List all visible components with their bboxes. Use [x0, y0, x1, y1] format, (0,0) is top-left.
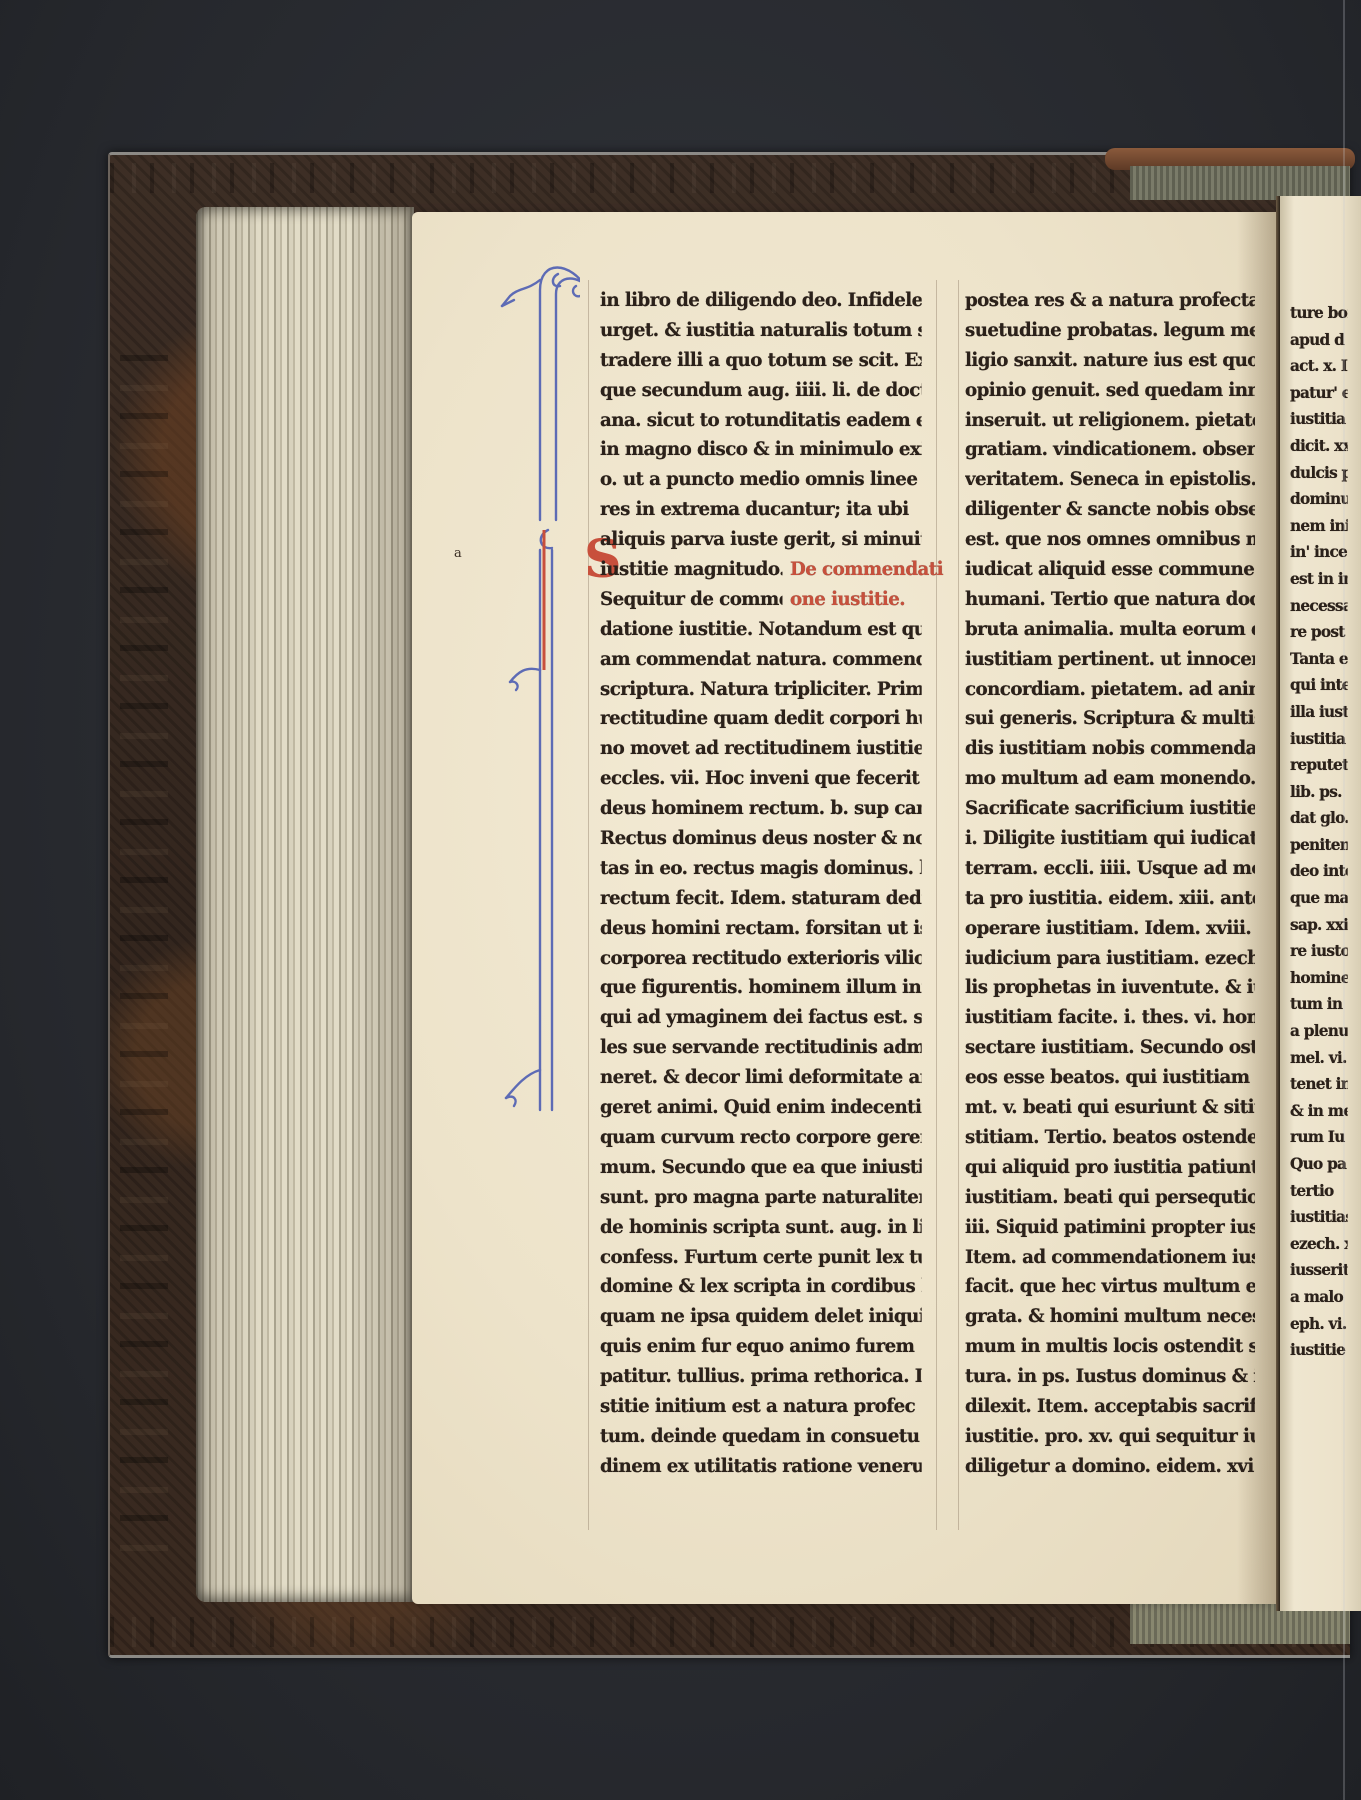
text-line: dat glo. [1290, 805, 1348, 832]
margin-mark: a [454, 546, 462, 561]
text-line: veritatem. Seneca in epistolis. Hec soci… [965, 465, 1255, 495]
text-line: quam curvum recto corpore gerere ani [600, 1123, 922, 1153]
text-line: sunt. pro magna parte naturaliter in cor [600, 1183, 922, 1213]
text-line: re iustos [1290, 938, 1348, 965]
text-line: iustitiam pertinent. ut innocentiam. [965, 645, 1255, 675]
text-line: bruta animalia. multa eorum que ad [965, 615, 1255, 645]
text-line: humani. Tertio que natura docet [965, 585, 1255, 615]
text-line: dis iustitiam nobis commendat. Pri [965, 734, 1255, 764]
text-line: stitie initium est a natura profec [600, 1392, 922, 1422]
text-line: ture bone [1290, 300, 1348, 327]
text-line: Rectus dominus deus noster & non est ini… [600, 824, 922, 854]
text-line: rum Iu [1290, 1124, 1348, 1151]
glass-plate-edge [1343, 0, 1345, 1800]
text-line: tenet in [1290, 1071, 1348, 1098]
text-line: rectitudine quam dedit corpori huma [600, 704, 922, 734]
text-line: lib. ps. [1290, 779, 1348, 806]
text-line: tum. deinde quedam in consuetu [600, 1422, 922, 1452]
text-line: iii. Siquid patimini propter iustitiam. … [965, 1213, 1255, 1243]
text-line: iustitie. pro. xv. qui sequitur iustitia… [965, 1422, 1255, 1452]
text-line: dilexit. Item. acceptabis sacrificium [965, 1392, 1255, 1422]
text-line: tertio [1290, 1178, 1348, 1205]
text-line: patur' e [1290, 380, 1348, 407]
text-line: Tanta e [1290, 646, 1348, 673]
text-line: dicit. xx [1290, 433, 1348, 460]
text-line: qui aliquid pro iustitia patiuntur pro [965, 1153, 1255, 1183]
text-line: gratiam. vindicationem. observantiam. [965, 435, 1255, 465]
text-line: illa iusti [1290, 699, 1348, 726]
text-line: mel. vi. [1290, 1045, 1348, 1072]
ruling-line [958, 280, 959, 1530]
text-line: mt. v. beati qui esuriunt & sitiunt iu [965, 1093, 1255, 1123]
text-line: sui generis. Scriptura & multis mo [965, 704, 1255, 734]
text-line: quam ne ipsa quidem delet iniquitas. [600, 1302, 922, 1332]
text-line: mum. Secundo que ea que iniustitie [600, 1153, 922, 1183]
text-line: ta pro iustitia. eidem. xiii. ante obitu… [965, 884, 1255, 914]
text-line: ana. sicut to rotunditatis eadem e [600, 406, 922, 436]
text-line: quis enim fur equo animo furem [600, 1332, 922, 1362]
rubric-line: one iustitie. [790, 585, 944, 615]
text-line: deus hominem rectum. b. sup cant. [600, 794, 922, 824]
text-line: neret. & decor limi deformitate ar [600, 1063, 922, 1093]
text-line: iustitiam. beati qui persequtionem pa. &… [965, 1183, 1255, 1213]
rubric: De commendati one iustitie. [790, 555, 950, 615]
text-line: iustitie magnitudo. [600, 555, 782, 585]
text-line: iustitie [1290, 1337, 1348, 1364]
text-line: urget. & iustitia naturalis totum se [600, 316, 922, 346]
text-line: scriptura. Natura tripliciter. Primo que [600, 675, 922, 705]
text-line: de hominis scripta sunt. aug. in li. [600, 1213, 922, 1243]
text-line: iustitia [1290, 726, 1348, 753]
text-line: diligenter & sancte nobis observanda [965, 495, 1255, 525]
text-line: stitiam. Tertio. beatos ostendendo [965, 1123, 1255, 1153]
text-line: no movet ad rectitudinem iustitie. [600, 734, 922, 764]
text-column-left: in libro de diligendo deo. Infidelem tou… [600, 286, 935, 1482]
penwork-flourish-icon [500, 250, 580, 1130]
text-line: Sacrificate sacrificium iustitie. Sap. [965, 794, 1255, 824]
text-line: mo multum ad eam monendo. in ps. [965, 764, 1255, 794]
text-column-right: postea res & a natura profectas. & a con… [965, 286, 1267, 1482]
text-line: dinem ex utilitatis ratione venerunt. [600, 1452, 922, 1482]
text-line: est in ini [1290, 566, 1348, 593]
text-line: tas in eo. rectus magis dominus. hominem [600, 854, 922, 884]
text-line: mum in multis locis ostendit scrip [965, 1332, 1255, 1362]
text-line: eccles. vii. Hoc inveni que fecerit [600, 764, 922, 794]
text-line: aliquis parva iuste gerit, si minuit [600, 525, 922, 555]
text-line: operare iustitiam. Idem. xviii. Ante [965, 914, 1255, 944]
text-line: ezech. x. [1290, 1231, 1348, 1258]
text-line: am commendat natura. commendat eci [600, 645, 922, 675]
page-stack-fore-edge [196, 207, 414, 1602]
text-line: est. que nos omnes omnibus miscet & [965, 525, 1255, 555]
text-line: necessaria est [1290, 593, 1348, 620]
text-line: domine & lex scripta in cordibus hominum… [600, 1272, 922, 1302]
blind-tooled-border-side [120, 355, 168, 1555]
text-line: facit. que hec virtus multum est deo [965, 1272, 1255, 1302]
text-line: eos esse beatos. qui iustitiam esuriunt. [965, 1063, 1255, 1093]
text-line: iustitiam facite. i. thes. vi. homo dei [965, 1003, 1255, 1033]
text-column-facing: ture boneapud dact. x. Ipatur' eiustitia… [1290, 300, 1350, 1364]
text-line: que mag [1290, 885, 1348, 912]
text-line: res in extrema ducantur; ita ubi [600, 495, 922, 525]
text-line: in magno disco & in minimulo exigu [600, 435, 922, 465]
text-line: iudicat aliquid esse commune ius generis [965, 555, 1255, 585]
text-line: apud d [1290, 327, 1348, 354]
text-line: que figurentis. hominem illum interiore [600, 973, 922, 1003]
text-line: sap. xxii [1290, 912, 1348, 939]
text-line: iustitia [1290, 406, 1348, 433]
text-line: tradere illi a quo totum se scit. Ex ho [600, 346, 922, 376]
text-line: eph. vi. [1290, 1311, 1348, 1338]
ruling-line [936, 280, 937, 1530]
text-line: re post [1290, 619, 1348, 646]
text-line: opinio genuit. sed quedam innata vis [965, 376, 1255, 406]
text-line: suetudine probatas. legum metus & re [965, 316, 1255, 346]
text-line: sectare iustitiam. Secundo ostendendo [965, 1033, 1255, 1063]
text-line: patitur. tullius. prima rethorica. Iu [600, 1362, 922, 1392]
text-line: geret animi. Quid enim indecentius [600, 1093, 922, 1123]
text-line: iudicium para iustitiam. ezechie [965, 944, 1255, 974]
text-line: tum in [1290, 991, 1348, 1018]
text-line: postea res & a natura profectas. & a con [965, 286, 1255, 316]
text-line: Sequitur de commen [600, 585, 782, 615]
text-line: in libro de diligendo deo. Infidelem to [600, 286, 922, 316]
text-line: iusserit [1290, 1257, 1348, 1284]
ruling-line [588, 280, 589, 1530]
text-line: inseruit. ut religionem. pietatem. [965, 406, 1255, 436]
text-line: diligetur a domino. eidem. xvi. Initium [965, 1452, 1255, 1482]
text-line: tura. in ps. Iustus dominus & iustitias [965, 1362, 1255, 1392]
text-line: reputet [1290, 752, 1348, 779]
text-line: qui ad ymaginem dei factus est. spiritua [600, 1003, 922, 1033]
text-line: o. ut a puncto medio omnis linee pa [600, 465, 922, 495]
text-line: qui intell [1290, 672, 1348, 699]
text-line: confess. Furtum certe punit lex tua [600, 1243, 922, 1273]
text-line: penitent [1290, 832, 1348, 859]
text-line: grata. & homini multum necessaria pro [965, 1302, 1255, 1332]
text-line: nem ini [1290, 513, 1348, 540]
text-line: deus homini rectam. forsitan ut ista [600, 914, 922, 944]
text-line: & in me [1290, 1098, 1348, 1125]
text-line: rectum fecit. Idem. staturam dedit [600, 884, 922, 914]
text-line: concordiam. pietatem. ad animalia [965, 675, 1255, 705]
text-line: iustitias [1290, 1204, 1348, 1231]
text-line: datione iustitie. Notandum est que iusti… [600, 615, 922, 645]
text-line: lis prophetas in iuventute. & iudicium e… [965, 973, 1255, 1003]
text-line: que secundum aug. iiii. li. de doctrina … [600, 376, 922, 406]
text-line: terram. eccli. iiii. Usque ad mortem cer [965, 854, 1255, 884]
text-line: in' ince [1290, 539, 1348, 566]
text-line: corporea rectitudo exterioris vilioris [600, 944, 922, 974]
text-line: Item. ad commendationem iustitie [965, 1243, 1255, 1273]
text-line: act. x. I [1290, 353, 1348, 380]
text-line: Quo pa [1290, 1151, 1348, 1178]
spine-lining-cloth [1130, 166, 1350, 200]
text-line: hominem [1290, 965, 1348, 992]
text-line: les sue servande rectitudinis admo [600, 1033, 922, 1063]
text-line: a malo [1290, 1284, 1348, 1311]
text-line: a plenum [1290, 1018, 1348, 1045]
text-line: ligio sanxit. nature ius est quod non [965, 346, 1255, 376]
rubric-line: De commendati [790, 555, 944, 585]
text-line: dominus eum [1290, 486, 1348, 513]
text-line: i. Diligite iustitiam qui iudicatis [965, 824, 1255, 854]
text-line: dulcis po [1290, 460, 1348, 487]
text-line: deo intell [1290, 858, 1348, 885]
